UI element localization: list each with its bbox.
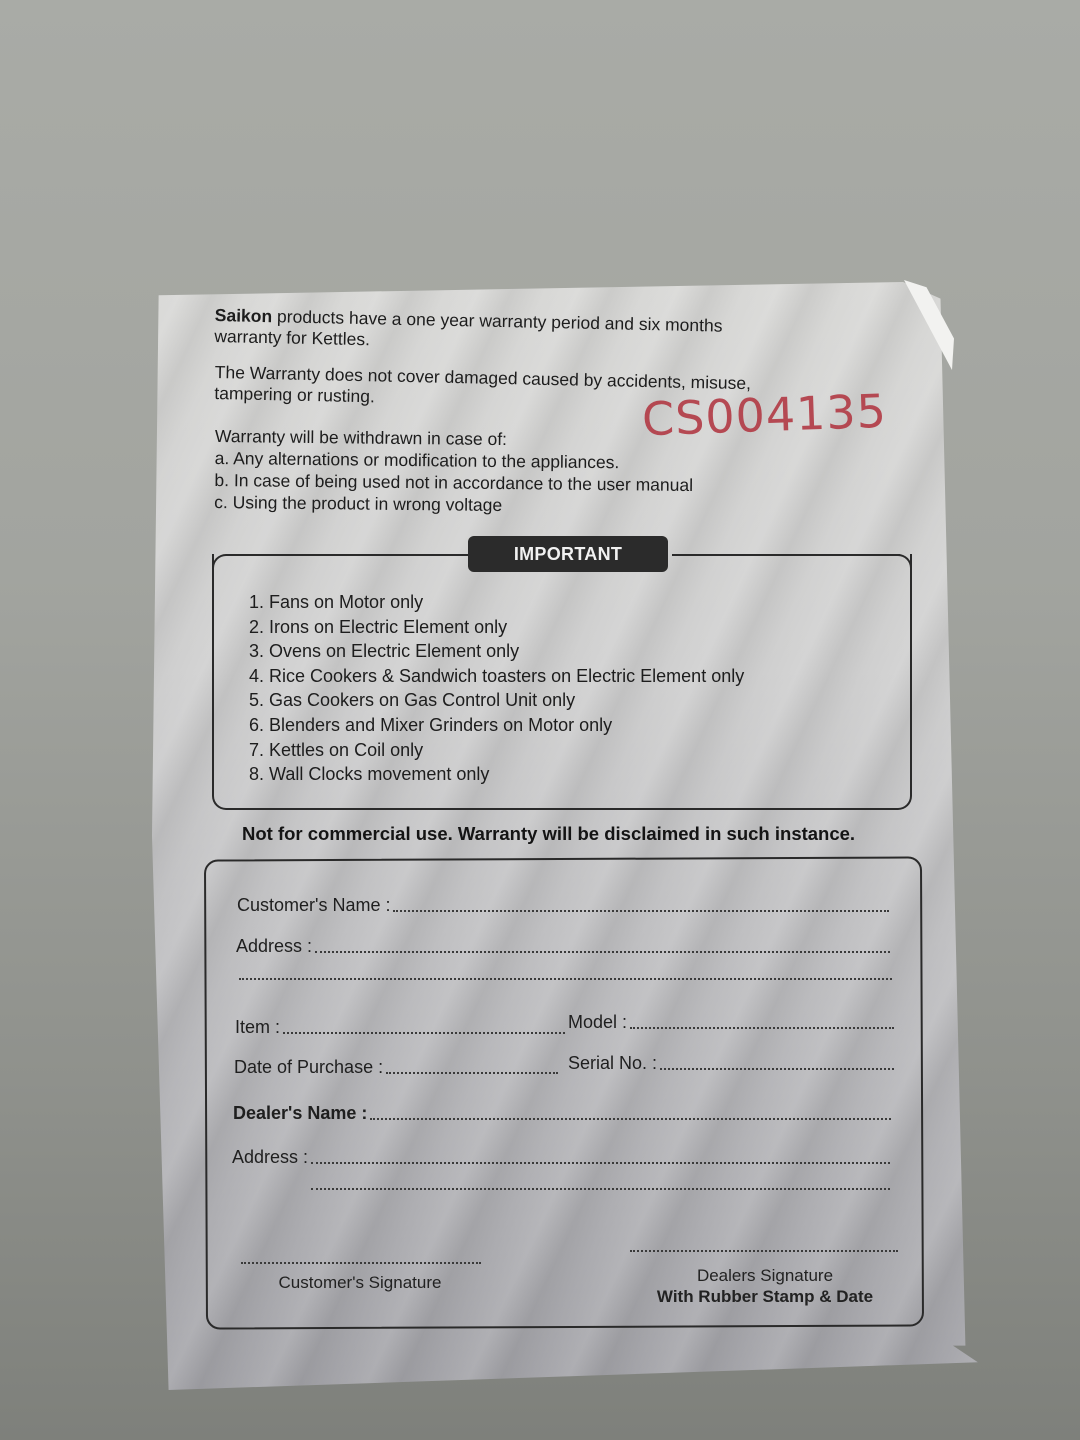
intro-text-line2: warranty for Kettles.	[214, 326, 370, 349]
item-label: Item :	[235, 1017, 280, 1038]
dealer-signature-subtitle: With Rubber Stamp & Date	[640, 1286, 890, 1307]
customer-name-label: Customer's Name :	[237, 895, 390, 916]
dealer-address-field[interactable]: Address :	[232, 1147, 890, 1168]
dealer-address-label: Address :	[232, 1147, 308, 1168]
important-list: 1. Fans on Motor only 2. Irons on Electr…	[249, 590, 744, 787]
dealer-name-line[interactable]	[370, 1118, 891, 1120]
brand-name: Saikon	[215, 305, 273, 326]
list-item: 2. Irons on Electric Element only	[249, 615, 744, 640]
serial-no-field[interactable]: Serial No. :	[568, 1053, 894, 1074]
warranty-card: Saikon products have a one year warranty…	[0, 0, 1080, 1440]
customer-name-field[interactable]: Customer's Name :	[237, 895, 889, 916]
customer-name-line[interactable]	[393, 910, 889, 912]
date-of-purchase-line[interactable]	[386, 1072, 558, 1074]
list-item: 4. Rice Cookers & Sandwich toasters on E…	[249, 664, 744, 689]
intro-paragraph: Saikon products have a one year warranty…	[214, 305, 815, 360]
dealer-address-line[interactable]	[311, 1162, 890, 1164]
dealer-signature-title: Dealers Signature	[640, 1265, 890, 1286]
model-label: Model :	[568, 1012, 627, 1033]
customer-address-label: Address :	[236, 936, 312, 957]
customer-signature-label: Customer's Signature	[270, 1273, 450, 1293]
list-item: 6. Blenders and Mixer Grinders on Motor …	[249, 713, 744, 738]
dealer-name-field[interactable]: Dealer's Name :	[233, 1103, 891, 1124]
list-item: 8. Wall Clocks movement only	[249, 762, 744, 787]
serial-no-line[interactable]	[660, 1068, 894, 1070]
list-item: 1. Fans on Motor only	[249, 590, 744, 615]
customer-address-line-2[interactable]	[236, 978, 892, 984]
commercial-use-notice: Not for commercial use. Warranty will be…	[242, 823, 855, 845]
model-field[interactable]: Model :	[568, 1012, 894, 1033]
dealer-address-line-2-dots[interactable]	[311, 1188, 890, 1190]
customer-address-line[interactable]	[315, 951, 890, 953]
customer-form-box	[204, 856, 924, 1329]
model-line[interactable]	[630, 1027, 894, 1029]
coverage-line2: tampering or rusting.	[214, 383, 375, 406]
customer-address-field[interactable]: Address :	[236, 936, 890, 957]
dealer-signature-line[interactable]	[630, 1250, 898, 1252]
list-item: 7. Kettles on Coil only	[249, 738, 744, 763]
item-field[interactable]: Item :	[235, 1017, 565, 1038]
withdrawal-conditions: Warranty will be withdrawn in case of: a…	[214, 426, 835, 520]
customer-address-line-2-dots[interactable]	[239, 978, 892, 980]
important-badge: IMPORTANT	[468, 536, 668, 572]
date-of-purchase-field[interactable]: Date of Purchase :	[234, 1057, 558, 1078]
dealer-address-line-2[interactable]	[308, 1188, 890, 1194]
dealer-signature-label: Dealers Signature With Rubber Stamp & Da…	[640, 1265, 890, 1307]
date-of-purchase-label: Date of Purchase :	[234, 1057, 383, 1078]
item-line[interactable]	[283, 1032, 565, 1034]
customer-signature-line[interactable]	[241, 1262, 481, 1264]
dealer-name-label: Dealer's Name :	[233, 1103, 367, 1124]
serial-no-label: Serial No. :	[568, 1053, 657, 1074]
list-item: 5. Gas Cookers on Gas Control Unit only	[249, 688, 744, 713]
box-corner	[212, 554, 238, 580]
box-corner	[894, 554, 912, 572]
list-item: 3. Ovens on Electric Element only	[249, 639, 744, 664]
